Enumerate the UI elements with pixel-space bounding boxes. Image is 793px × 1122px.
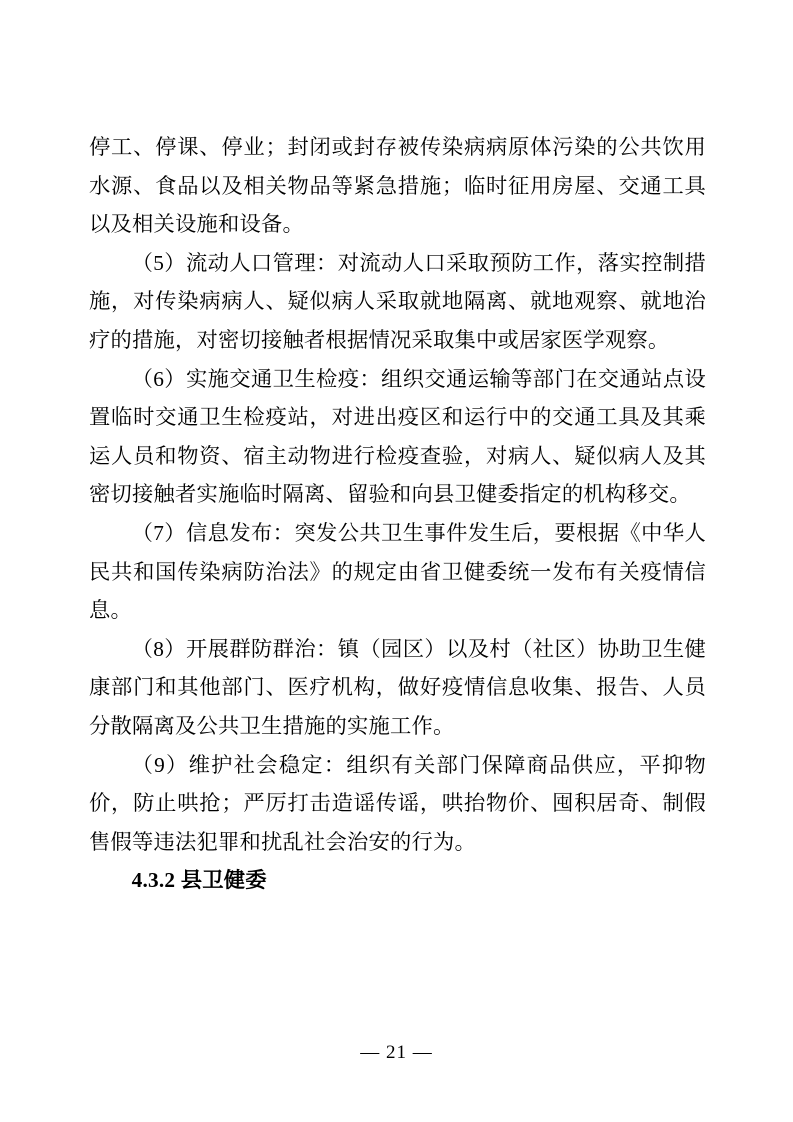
page-number: — 21 — bbox=[360, 1042, 433, 1063]
paragraph-item-7: （7）信息发布：突发公共卫生事件发生后，要根据《中华人民共和国传染病防治法》的规… bbox=[89, 514, 706, 630]
page-footer: — 21 — bbox=[0, 1041, 793, 1065]
paragraph-item-8: （8）开展群防群治：镇（园区）以及村（社区）协助卫生健康部门和其他部门、医疗机构… bbox=[89, 630, 706, 746]
paragraph-continuation: 停工、停课、停业；封闭或封存被传染病病原体污染的公共饮用水源、食品以及相关物品等… bbox=[89, 128, 706, 244]
paragraph-item-5: （5）流动人口管理：对流动人口采取预防工作，落实控制措施，对传染病病人、疑似病人… bbox=[89, 244, 706, 360]
document-page: 停工、停课、停业；封闭或封存被传染病病原体污染的公共饮用水源、食品以及相关物品等… bbox=[0, 0, 793, 1122]
paragraph-item-9: （9）维护社会稳定：组织有关部门保障商品供应，平抑物价，防止哄抢；严厉打击造谣传… bbox=[89, 746, 706, 862]
paragraph-item-6: （6）实施交通卫生检疫：组织交通运输等部门在交通站点设置临时交通卫生检疫站，对进… bbox=[89, 360, 706, 514]
section-heading-4-3-2: 4.3.2 县卫健委 bbox=[89, 861, 706, 900]
document-body: 停工、停课、停业；封闭或封存被传染病病原体污染的公共饮用水源、食品以及相关物品等… bbox=[89, 128, 706, 900]
